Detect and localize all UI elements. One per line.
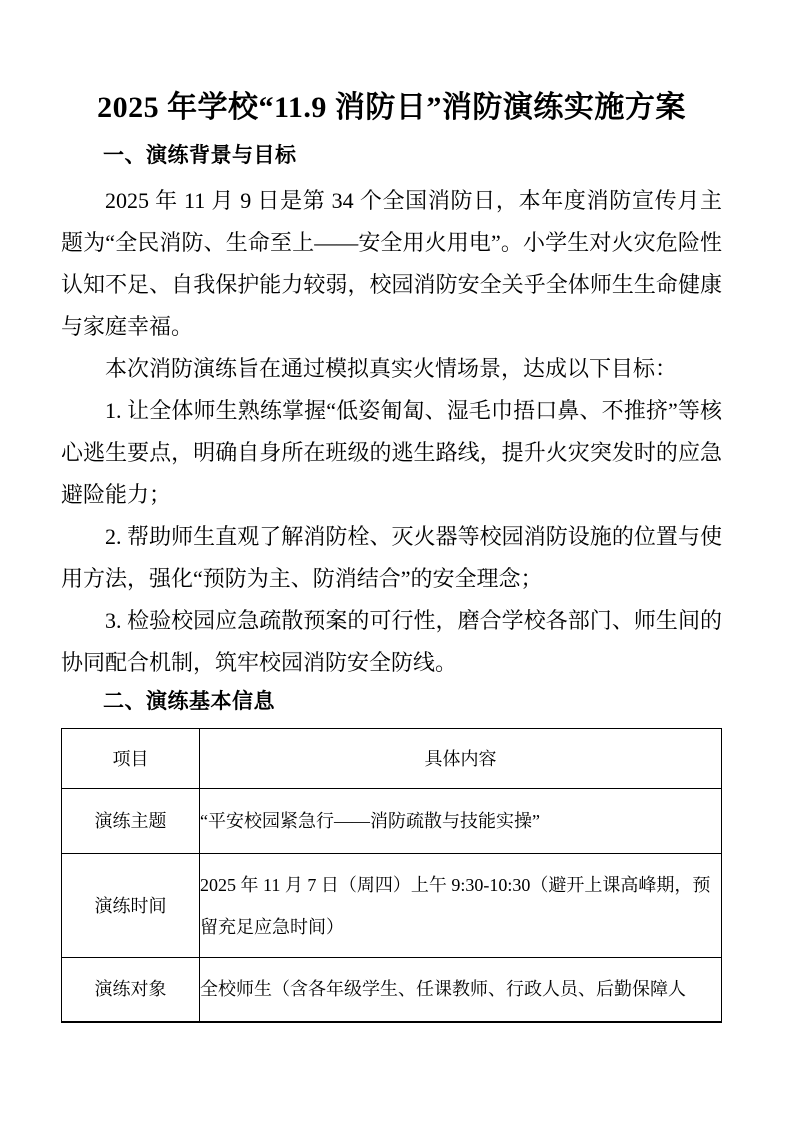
time-label: 演练时间 [62,854,200,958]
table-header-item: 项目 [62,729,200,789]
basic-info-table: 项目 具体内容 演练主题 “平安校园紧急行——消防疏散与技能实操” 演练时间 2… [61,728,722,1023]
theme-value: “平安校园紧急行——消防疏散与技能实操” [200,789,722,854]
goal-item-2: 2. 帮助师生直观了解消防栓、灭火器等校园消防设施的位置与使用方法，强化“预防为… [61,516,722,600]
table-header-row: 项目 具体内容 [62,729,722,789]
table-row-theme: 演练主题 “平安校园紧急行——消防疏散与技能实操” [62,789,722,854]
goal-item-1: 1. 让全体师生熟练掌握“低姿匍匐、湿毛巾捂口鼻、不推挤”等核心逃生要点，明确自… [61,390,722,516]
table-row-target: 演练对象 全校师生（含各年级学生、任课教师、行政人员、后勤保障人 [62,958,722,1022]
goal-item-3: 3. 检验校园应急疏散预案的可行性，磨合学校各部门、师生间的协同配合机制，筑牢校… [61,600,722,684]
document-page: 2025 年学校“11.9 消防日”消防演练实施方案 一、演练背景与目标 202… [0,0,793,1122]
target-label: 演练对象 [62,958,200,1022]
theme-label: 演练主题 [62,789,200,854]
target-value: 全校师生（含各年级学生、任课教师、行政人员、后勤保障人 [200,958,722,1022]
table-header-content: 具体内容 [200,729,722,789]
section-1-heading: 一、演练背景与目标 [61,140,722,172]
paragraph-goals-intro: 本次消防演练旨在通过模拟真实火情场景，达成以下目标： [61,348,722,390]
section-2-heading: 二、演练基本信息 [61,686,722,718]
time-value: 2025 年 11 月 7 日（周四）上午 9:30-10:30（避开上课高峰期… [200,854,722,958]
document-title: 2025 年学校“11.9 消防日”消防演练实施方案 [61,86,722,130]
table-row-time: 演练时间 2025 年 11 月 7 日（周四）上午 9:30-10:30（避开… [62,854,722,958]
paragraph-background: 2025 年 11 月 9 日是第 34 个全国消防日，本年度消防宣传月主题为“… [61,180,722,348]
